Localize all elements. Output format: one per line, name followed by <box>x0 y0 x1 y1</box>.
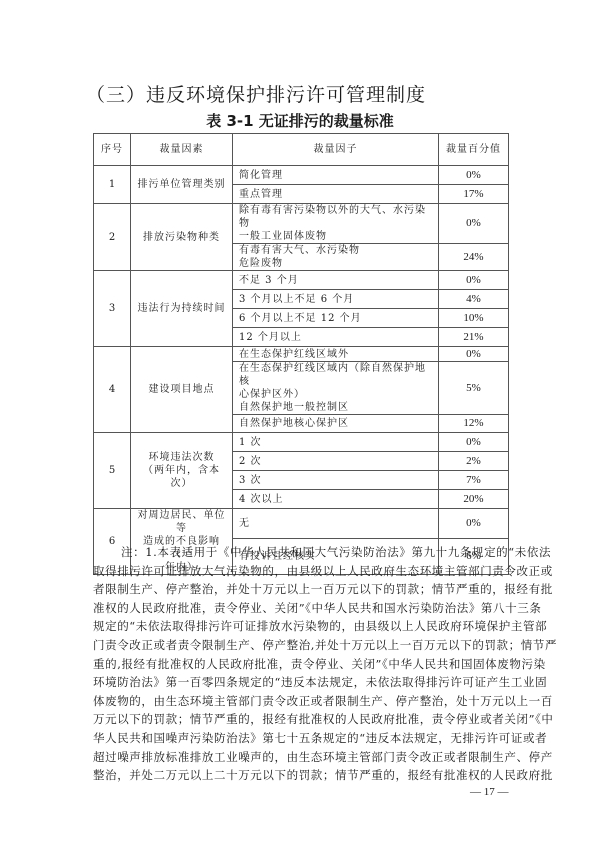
table-note: 注：1.本表适用于《中华人民共和国大气污染防治法》第九十九条规定的“未依法取得排… <box>93 543 508 785</box>
cell-sub-factor: 3 个月以上不足 6 个月 <box>233 290 439 309</box>
cell-factor: 排污单位管理类别 <box>131 166 233 204</box>
note-line: 华人民共和国噪声污染防治法》第七十五条规定的“违反本法规定，无排污许可证或者 <box>93 729 508 748</box>
cell-sub-factor: 2 次 <box>233 452 439 471</box>
page-number: — 17 — <box>470 786 509 798</box>
cell-percent: 20% <box>439 490 509 509</box>
table-row: 5环境违法次数 （两年内，含本次）1 次0% <box>94 433 509 452</box>
cell-sub-factor: 不足 3 个月 <box>233 271 439 290</box>
note-line: 万元以下的罚款；情节严重的，报经有批准权的人民政府批准，责令停业或者关闭”《中 <box>93 710 508 729</box>
header-percent: 裁量百分值 <box>439 134 509 166</box>
note-line: 者限制生产、停产整治，并处十万元以上一百万元以下的罚款；情节严重的，报经有批 <box>93 580 508 599</box>
cell-sub-factor: 自然保护地核心保护区 <box>233 415 439 433</box>
table-header-row: 序号 裁量因素 裁量因子 裁量百分值 <box>94 134 509 166</box>
cell-no: 1 <box>94 166 131 204</box>
cell-no: 3 <box>94 271 131 347</box>
cell-factor: 环境违法次数 （两年内，含本次） <box>131 433 233 509</box>
table-row: 1排污单位管理类别简化管理0% <box>94 166 509 185</box>
table-row: 6对周边居民、单位等 造成的不良影响（一 年内）无0% <box>94 509 509 539</box>
note-line: 体废物的，由生态环境主管部门责令改正或者限制生产、停产整治，处十万元以上一百 <box>93 692 508 711</box>
cell-percent: 0% <box>439 271 509 290</box>
cell-sub-factor: 有毒有害大气、水污染物 危险废物 <box>233 244 439 271</box>
cell-percent: 0% <box>439 166 509 185</box>
cell-sub-factor: 在生态保护红线区域外 <box>233 347 439 362</box>
cell-no: 4 <box>94 347 131 433</box>
cell-percent: 4% <box>439 290 509 309</box>
cell-percent: 0% <box>439 433 509 452</box>
cell-sub-factor: 简化管理 <box>233 166 439 185</box>
note-line: 准权的人民政府批准，责令停业、关闭”《中华人民共和国水污染防治法》第八十三条 <box>93 599 508 618</box>
note-line: 整治，并处二万元以上二十万元以下的罚款；情节严重的，报经有批准权的人民政府批 <box>93 766 508 785</box>
cell-percent: 0% <box>439 347 509 362</box>
cell-sub-factor: 4 次以上 <box>233 490 439 509</box>
cell-sub-factor: 无 <box>233 509 439 539</box>
header-factor: 裁量因素 <box>131 134 233 166</box>
cell-sub-factor: 重点管理 <box>233 185 439 204</box>
cell-sub-factor: 在生态保护红线区域内（除自然保护地核 心保护区外） 自然保护地一般控制区 <box>233 362 439 415</box>
cell-no: 2 <box>94 204 131 271</box>
cell-percent: 5% <box>439 362 509 415</box>
note-line: 注：1.本表适用于《中华人民共和国大气污染防治法》第九十九条规定的“未依法 <box>93 543 508 562</box>
penalty-standard-table: 序号 裁量因素 裁量因子 裁量百分值 1排污单位管理类别简化管理0%重点管理17… <box>93 133 509 575</box>
cell-percent: 21% <box>439 328 509 347</box>
cell-no: 5 <box>94 433 131 509</box>
cell-sub-factor: 除有毒有害污染物以外的大气、水污染物 一般工业固体废物 <box>233 204 439 244</box>
cell-factor: 违法行为持续时间 <box>131 271 233 347</box>
cell-percent: 0% <box>439 204 509 244</box>
cell-factor: 排放污染物种类 <box>131 204 233 271</box>
note-line: 环境防治法》第一百零四条规定的“违反本法规定，未依法取得排污许可证产生工业固 <box>93 673 508 692</box>
table-row: 2排放污染物种类除有毒有害污染物以外的大气、水污染物 一般工业固体废物0% <box>94 204 509 244</box>
header-sub-factor: 裁量因子 <box>233 134 439 166</box>
header-no: 序号 <box>94 134 131 166</box>
cell-sub-factor: 1 次 <box>233 433 439 452</box>
cell-percent: 12% <box>439 415 509 433</box>
note-line: 规定的“未依法取得排污许可证排放水污染物的，由县级以上人民政府环境保护主管部 <box>93 617 508 636</box>
note-line: 门责令改正或者责令限制生产、停产整治,并处十万元以上一百万元以下的罚款；情节严 <box>93 636 508 655</box>
section-heading: （三）违反环境保护排污许可管理制度 <box>86 80 426 107</box>
cell-percent: 0% <box>439 509 509 539</box>
note-line: 重的,报经有批准权的人民政府批准，责令停业、关闭”《中华人民共和国固体废物污染 <box>93 655 508 674</box>
table-title: 表 3-1 无证排污的裁量标准 <box>0 110 600 131</box>
note-line: 超过噪声排放标准排放工业噪声的，由生态环境主管部门责令改正或者限制生产、停产 <box>93 748 508 767</box>
table-row: 4建设项目地点在生态保护红线区域外0% <box>94 347 509 362</box>
cell-percent: 2% <box>439 452 509 471</box>
cell-sub-factor: 6 个月以上不足 12 个月 <box>233 309 439 328</box>
cell-percent: 7% <box>439 471 509 490</box>
cell-percent: 10% <box>439 309 509 328</box>
cell-percent: 17% <box>439 185 509 204</box>
cell-sub-factor: 12 个月以上 <box>233 328 439 347</box>
cell-percent: 24% <box>439 244 509 271</box>
cell-sub-factor: 3 次 <box>233 471 439 490</box>
table-row: 3违法行为持续时间不足 3 个月0% <box>94 271 509 290</box>
cell-factor: 建设项目地点 <box>131 347 233 433</box>
note-line: 取得排污许可证排放大气污染物的，由县级以上人民政府生态环境主管部门责令改正或 <box>93 562 508 581</box>
